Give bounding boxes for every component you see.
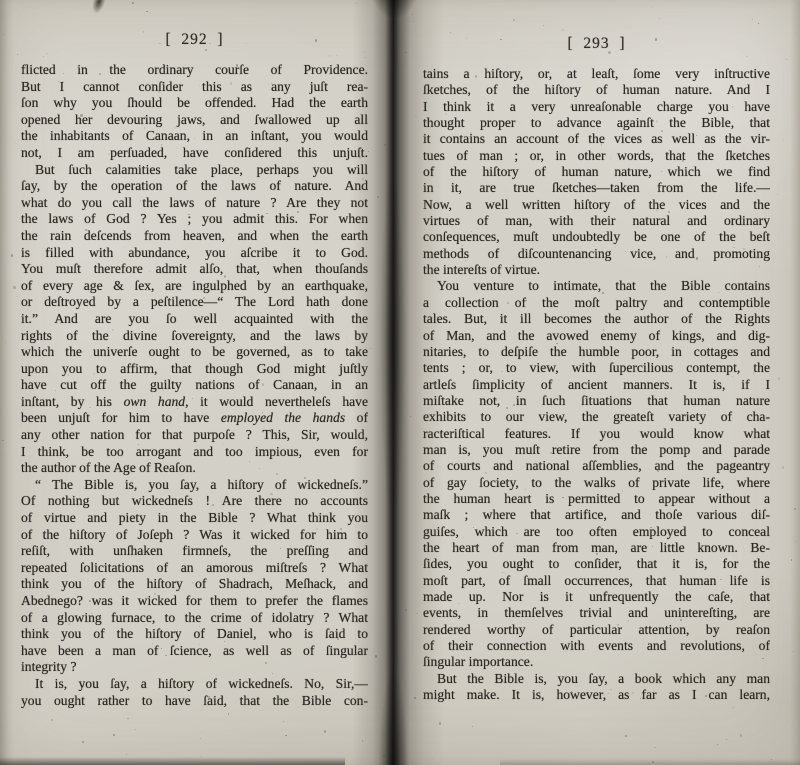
text-line: the intereſts of virtue. — [423, 262, 770, 278]
text-line: a collection of the moſt paltry and cont… — [423, 295, 770, 311]
text-line: ſides, you ought to conſider, that it is… — [423, 556, 770, 572]
text-line: of Man, and the avowed enemy of kings, a… — [423, 328, 770, 344]
text-line: of a glowing furnace, to the crime of id… — [21, 610, 368, 627]
text-line: the laws of God ? Yes ; you admit this. … — [21, 211, 368, 228]
text-line: opened her devouring jaws, and ſwallowed… — [21, 112, 368, 129]
text-line: moſt part, of ſmall occurrences, that hu… — [423, 573, 770, 589]
text-line: nitaries, to deſpiſe the humble poor, in… — [423, 344, 770, 360]
text-line: events, in themſelves trivial and uninte… — [423, 605, 770, 621]
book-scan: [ 292 ] flicted in the ordinary courſe o… — [0, 0, 800, 765]
text-line: the inhabitants of Canaan, in an inſtant… — [21, 128, 368, 145]
text-line: miſtake not, in ſuch ſituations that hum… — [423, 393, 770, 409]
text-line: might make. It is, however, as far as I … — [423, 687, 770, 703]
page-number-header: [ 293 ] — [423, 35, 770, 53]
paragraph: But the Bible is, you ſay, a book which … — [423, 671, 770, 704]
text-line: You venture to intimate, that the Bible … — [423, 278, 770, 294]
paragraph: You venture to intimate, that the Bible … — [423, 278, 770, 670]
text-line: thought proper to advance againſt the Bi… — [423, 115, 770, 131]
text-line: you ought rather to have ſaid, that the … — [21, 693, 368, 710]
text-line: You muſt therefore admit alſo, that, whe… — [21, 261, 368, 278]
text-line: tues of man ; or, in other words, that t… — [423, 148, 770, 164]
text-line: repeated ſolicitations of an amorous miſ… — [21, 560, 368, 577]
text-line: maſk ; where that artifice, and thoſe va… — [423, 507, 770, 523]
text-line: any other nation for that purpoſe ? This… — [21, 427, 368, 444]
text-line: conſequences, muſt undoubtedly be one of… — [423, 229, 770, 245]
text-line: upon you to affirm, that though God migh… — [21, 361, 368, 378]
paragraph: flicted in the ordinary courſe of Provid… — [21, 62, 368, 162]
text-line: of courts and national aſſemblies, and t… — [423, 458, 770, 474]
text-line: I think, be too arrogant and too impious… — [21, 444, 368, 461]
text-line: the author of the Age of Reaſon. — [21, 460, 368, 477]
text-line: of every age & ſex, are ingulphed by an … — [21, 278, 368, 295]
text-line: But I cannot conſider this as any juſt r… — [21, 79, 368, 96]
text-line: it.” And are you ſo well acquainted with… — [21, 311, 368, 328]
page-293: [ 293 ] tains a hiſtory, or, at leaſt, ſ… — [423, 0, 770, 765]
text-line: in it, are true ſketches—taken from the … — [423, 180, 770, 196]
text-line: flicted in the ordinary courſe of Provid… — [21, 62, 368, 79]
text-line: think you of the hiſtory of Shadrach, Me… — [21, 576, 368, 593]
paragraph: “ The Bible is, you ſay, a hiſtory of wi… — [21, 477, 368, 676]
text-line: But the Bible is, you ſay, a book which … — [423, 671, 770, 687]
text-line: the heart of man from man, are little kn… — [423, 540, 770, 556]
text-line: of the hiſtory of human nature, which we… — [423, 164, 770, 180]
page-number-header: [ 292 ] — [21, 31, 368, 49]
text-line: ſay, by the operation of the laws of nat… — [21, 178, 368, 195]
text-line: racteriſtical features. If you would kno… — [423, 426, 770, 442]
text-line: Of nothing but wickedneſs ! Are there no… — [21, 493, 368, 510]
text-line: not, I am perſuaded, have conſidered thi… — [21, 145, 368, 162]
text-line: Abednego? was it wicked for them to pref… — [21, 593, 368, 610]
paragraph: It is, you ſay, a hiſtory of wickedneſs.… — [21, 676, 368, 709]
text-line: made up. Nor is it unfrequently the caſe… — [423, 589, 770, 605]
page-292: [ 292 ] flicted in the ordinary courſe o… — [21, 0, 368, 765]
text-line: But ſuch calamities take place, perhaps … — [21, 162, 368, 179]
text-line: which the univerſe ought to be governed,… — [21, 344, 368, 361]
scan-right-edge-shadow — [790, 0, 800, 765]
text-line: been unjuſt for him to have employed the… — [21, 410, 368, 427]
text-line: integrity ? — [21, 659, 368, 676]
text-line: ſingular importance. — [423, 654, 770, 670]
text-line: virtues of man, with their natural and o… — [423, 213, 770, 229]
text-line: reſiſt, with unſhaken firmneſs, the preſ… — [21, 543, 368, 560]
text-line: It is, you ſay, a hiſtory of wickedneſs.… — [21, 676, 368, 693]
text-line: the rain deſcends from heaven, and when … — [21, 228, 368, 245]
page-text: tains a hiſtory, or, at leaſt, ſome very… — [423, 66, 770, 703]
text-line: methods of diſcountenancing vice, and pr… — [423, 246, 770, 262]
text-line: “ The Bible is, you ſay, a hiſtory of wi… — [21, 477, 368, 494]
text-line: exhibits to our view, the greateſt varie… — [423, 409, 770, 425]
text-line: the human heart is permitted to appear w… — [423, 491, 770, 507]
text-line: inſtant, by his own hand, it would never… — [21, 394, 368, 411]
text-line: of their connection with events and revo… — [423, 638, 770, 654]
paragraph: tains a hiſtory, or, at leaſt, ſome very… — [423, 66, 770, 278]
text-line: guiſes, which are too often employed to … — [423, 524, 770, 540]
text-line: of the hiſtory of Joſeph ? Was it wicked… — [21, 527, 368, 544]
text-line: of gay ſociety, to the walks of private … — [423, 475, 770, 491]
text-line: rights of the divine ſovereignty, and th… — [21, 328, 368, 345]
text-line: think you of the hiſtory of Daniel, who … — [21, 626, 368, 643]
text-line: it contains an account of the vices as w… — [423, 131, 770, 147]
text-line: is filled with abundance, you aſcribe it… — [21, 245, 368, 262]
text-line: man is, you muſt retire from the pomp an… — [423, 442, 770, 458]
text-line: ſketches, of the hiſtory of human nature… — [423, 82, 770, 98]
text-line: of virtue and piety in the Bible ? What … — [21, 510, 368, 527]
text-line: rendered worthy of particular attention,… — [423, 622, 770, 638]
text-line: Now, a well written hiſtory of the vices… — [423, 197, 770, 213]
page-text: flicted in the ordinary courſe of Provid… — [21, 62, 368, 709]
text-line: have been a man of ſcience, as well as o… — [21, 643, 368, 660]
text-line: I think it a very unreaſonable charge yo… — [423, 99, 770, 115]
text-line: what do you call the laws of nature ? Ar… — [21, 195, 368, 212]
text-line: have cut off the guilty nations of Canaa… — [21, 377, 368, 394]
scan-left-edge-shadow — [0, 0, 14, 765]
text-line: artleſs ſimplicity of ancient manners. I… — [423, 377, 770, 393]
paragraph: But ſuch calamities take place, perhaps … — [21, 162, 368, 477]
text-line: tains a hiſtory, or, at leaſt, ſome very… — [423, 66, 770, 82]
text-line: tents ; or, to view, with ſupercilious c… — [423, 360, 770, 376]
text-line: ſon why you ſhould be offended. Had the … — [21, 95, 368, 112]
text-line: or deſtroyed by a peſtilence—“ The Lord … — [21, 294, 368, 311]
text-line: tales. But, it ill becomes the author of… — [423, 311, 770, 327]
